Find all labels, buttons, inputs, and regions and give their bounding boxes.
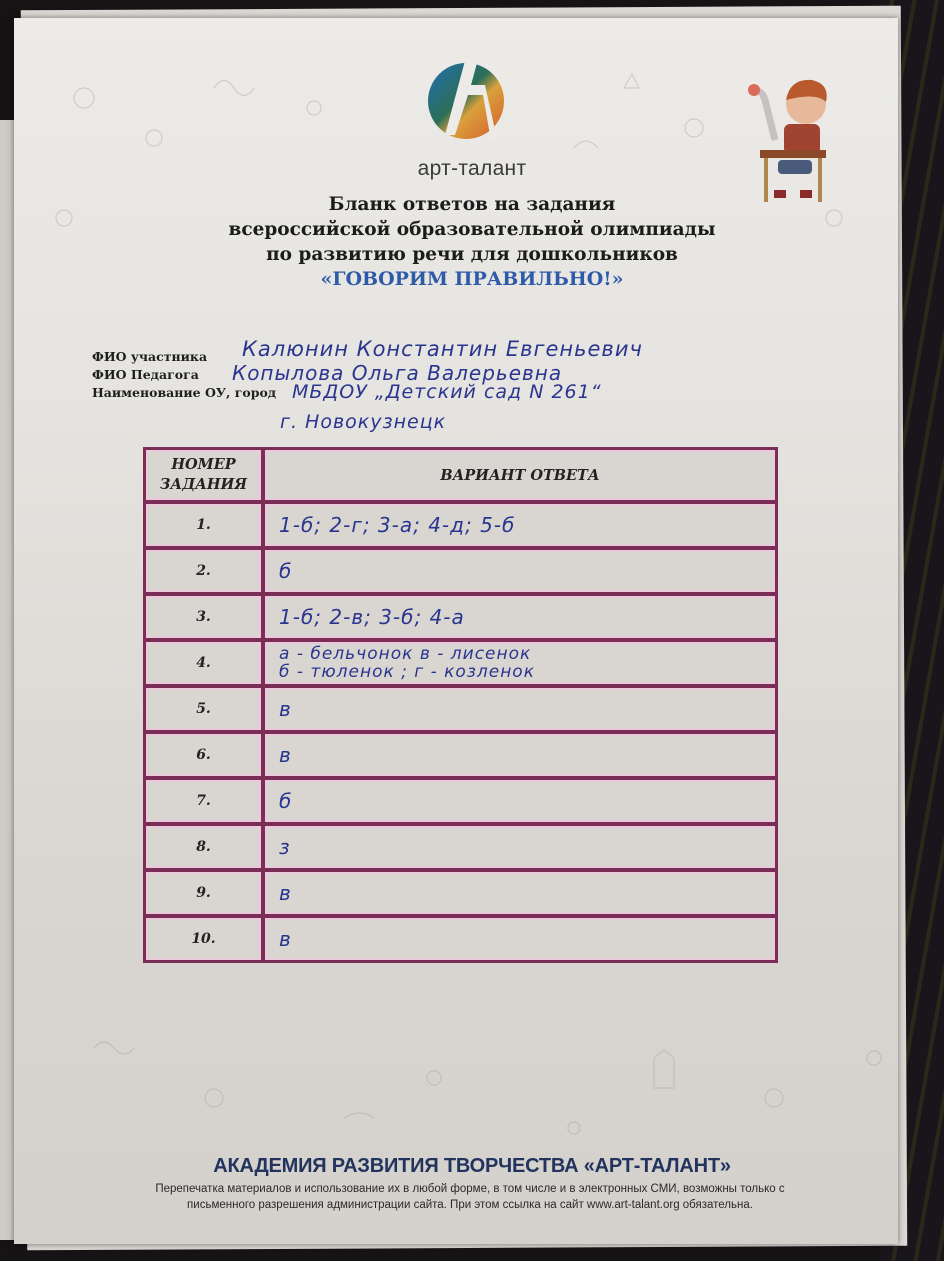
- teacher-label: ФИО Педагога: [92, 367, 199, 382]
- table-row: 2. б: [146, 550, 775, 596]
- table-row: 4. а - бельчонок в - лисенок б - тюленок…: [146, 642, 775, 688]
- table-row: 8. з: [146, 826, 775, 872]
- task-number: 5.: [146, 688, 265, 730]
- answer-value: б: [279, 789, 292, 813]
- header-task-number-line1: НОМЕР: [160, 455, 247, 475]
- task-number: 1.: [146, 504, 265, 546]
- school-label: Наименование ОУ, город: [92, 385, 276, 400]
- table-row: 10. в: [146, 918, 775, 960]
- task-number: 6.: [146, 734, 265, 776]
- header-answer-variant: ВАРИАНТ ОТВЕТА: [265, 450, 775, 500]
- answer-value: в: [279, 743, 292, 767]
- answer-value: б: [279, 559, 292, 583]
- answer-value: в: [279, 697, 292, 721]
- participant-label: ФИО участника: [92, 349, 207, 364]
- table-row: 6. в: [146, 734, 775, 780]
- answer-value: з: [279, 835, 291, 859]
- task-number: 10.: [146, 918, 265, 960]
- answer-value: в: [279, 881, 292, 905]
- school-value: МБДОУ „Детский сад N 261“: [292, 381, 602, 403]
- answer-value: в: [279, 927, 292, 951]
- task-number: 7.: [146, 780, 265, 822]
- answer-line-1: а - бельчонок в - лисенок: [279, 645, 535, 663]
- task-number: 9.: [146, 872, 265, 914]
- table-row: 5. в: [146, 688, 775, 734]
- answer-line-2: б - тюленок ; г - козленок: [279, 663, 535, 681]
- task-number: 8.: [146, 826, 265, 868]
- participant-value: Калюнин Константин Евгеньевич: [242, 337, 643, 361]
- task-number: 4.: [146, 642, 265, 684]
- header-task-number: НОМЕР ЗАДАНИЯ: [146, 450, 265, 500]
- answer-value: 1-б; 2-в; 3-б; 4-а: [279, 605, 465, 629]
- title-line-3: по развитию речи для дошкольников: [0, 242, 944, 267]
- task-number: 3.: [146, 596, 265, 638]
- boy-at-desk-illustration: [738, 72, 838, 212]
- title-line-2: всероссийской образовательной олимпиады: [0, 217, 944, 242]
- art-talant-logo-icon: [425, 55, 507, 147]
- footer-note-line-1: Перепечатка материалов и использование и…: [110, 1181, 830, 1197]
- footer-note-line-2: письменного разрешения администрации сай…: [110, 1197, 830, 1213]
- answer-value: 1-б; 2-г; 3-а; 4-д; 5-б: [279, 513, 515, 537]
- footer-academy-title: АКАДЕМИЯ РАЗВИТИЯ ТВОРЧЕСТВА «АРТ-ТАЛАНТ…: [0, 1155, 944, 1178]
- olympiad-name: «ГОВОРИМ ПРАВИЛЬНО!»: [0, 267, 944, 292]
- table-row: 9. в: [146, 872, 775, 918]
- answer-table: НОМЕР ЗАДАНИЯ ВАРИАНТ ОТВЕТА 1. 1-б; 2-г…: [143, 447, 778, 963]
- table-row: 3. 1-б; 2-в; 3-б; 4-а: [146, 596, 775, 642]
- task-number: 2.: [146, 550, 265, 592]
- header-task-number-line2: ЗАДАНИЯ: [160, 475, 247, 495]
- city-value: г. Новокузнецк: [280, 411, 446, 433]
- answer-value: а - бельчонок в - лисенок б - тюленок ; …: [279, 645, 535, 681]
- table-header: НОМЕР ЗАДАНИЯ ВАРИАНТ ОТВЕТА: [146, 450, 775, 504]
- table-row: 7. б: [146, 780, 775, 826]
- footer-copyright-note: Перепечатка материалов и использование и…: [110, 1181, 830, 1213]
- table-row: 1. 1-б; 2-г; 3-а; 4-д; 5-б: [146, 504, 775, 550]
